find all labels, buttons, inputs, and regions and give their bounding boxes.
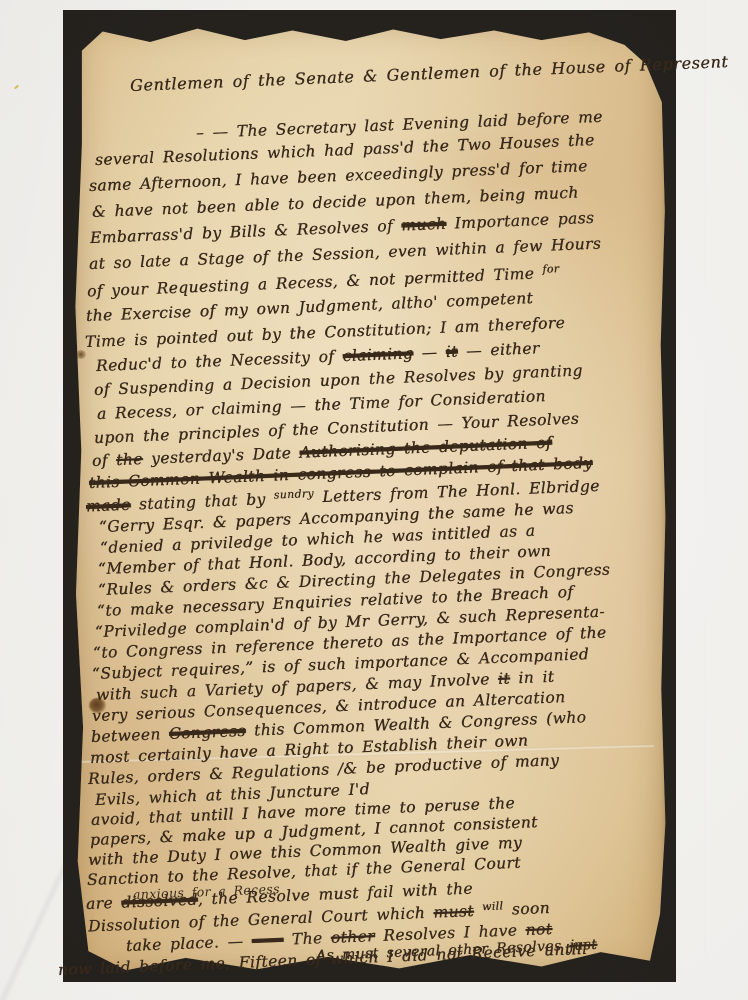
- handwritten-text: Reduc'd to the Necessity of: [96, 347, 343, 375]
- handwritten-text: Importance pass: [446, 209, 595, 233]
- manuscript-line: Gentlemen of the Senate & Gentlemen of t…: [130, 54, 729, 94]
- struck-text: it: [445, 342, 458, 360]
- handwritten-text: Gentlemen of the Senate & Gentlemen of t…: [130, 52, 729, 95]
- interline-insertion: will: [482, 899, 504, 913]
- struck-text: made: [86, 496, 131, 516]
- scan-page-background: Gentlemen of the Senate & Gentlemen of t…: [0, 0, 748, 1000]
- struck-text: not: [525, 920, 552, 939]
- handwritten-text: Embarrass'd by Bills & Resolves of: [90, 217, 402, 247]
- handwritten-text: are: [86, 894, 122, 913]
- handwritten-text: of: [92, 451, 117, 470]
- handwritten-text: take place. —: [126, 932, 252, 955]
- struck-text: Congress: [169, 722, 246, 743]
- handwritten-text: — either: [457, 339, 540, 360]
- struck-text: claiming: [342, 344, 413, 365]
- struck-text: must: [433, 902, 474, 922]
- handwritten-text: —: [413, 343, 446, 362]
- interline-insertion: for: [542, 262, 559, 276]
- handwritten-text: The: [283, 929, 331, 949]
- struck-text: dissolved: [121, 891, 198, 912]
- handwritten-text: between: [91, 725, 170, 746]
- interline-insertion: sundry: [273, 487, 314, 502]
- struck-text: other: [330, 927, 375, 947]
- handwritten-text: soon: [503, 899, 550, 919]
- struck-text: ——: [251, 931, 284, 950]
- handwritten-text: in it: [510, 668, 555, 688]
- struck-text: much: [401, 215, 447, 235]
- manuscript-text-layer: Gentlemen of the Senate & Gentlemen of t…: [0, 0, 748, 1000]
- handwritten-text: stating that by: [130, 490, 274, 514]
- struck-text: the: [116, 450, 143, 469]
- handwritten-text: yesterday's Date: [142, 444, 299, 468]
